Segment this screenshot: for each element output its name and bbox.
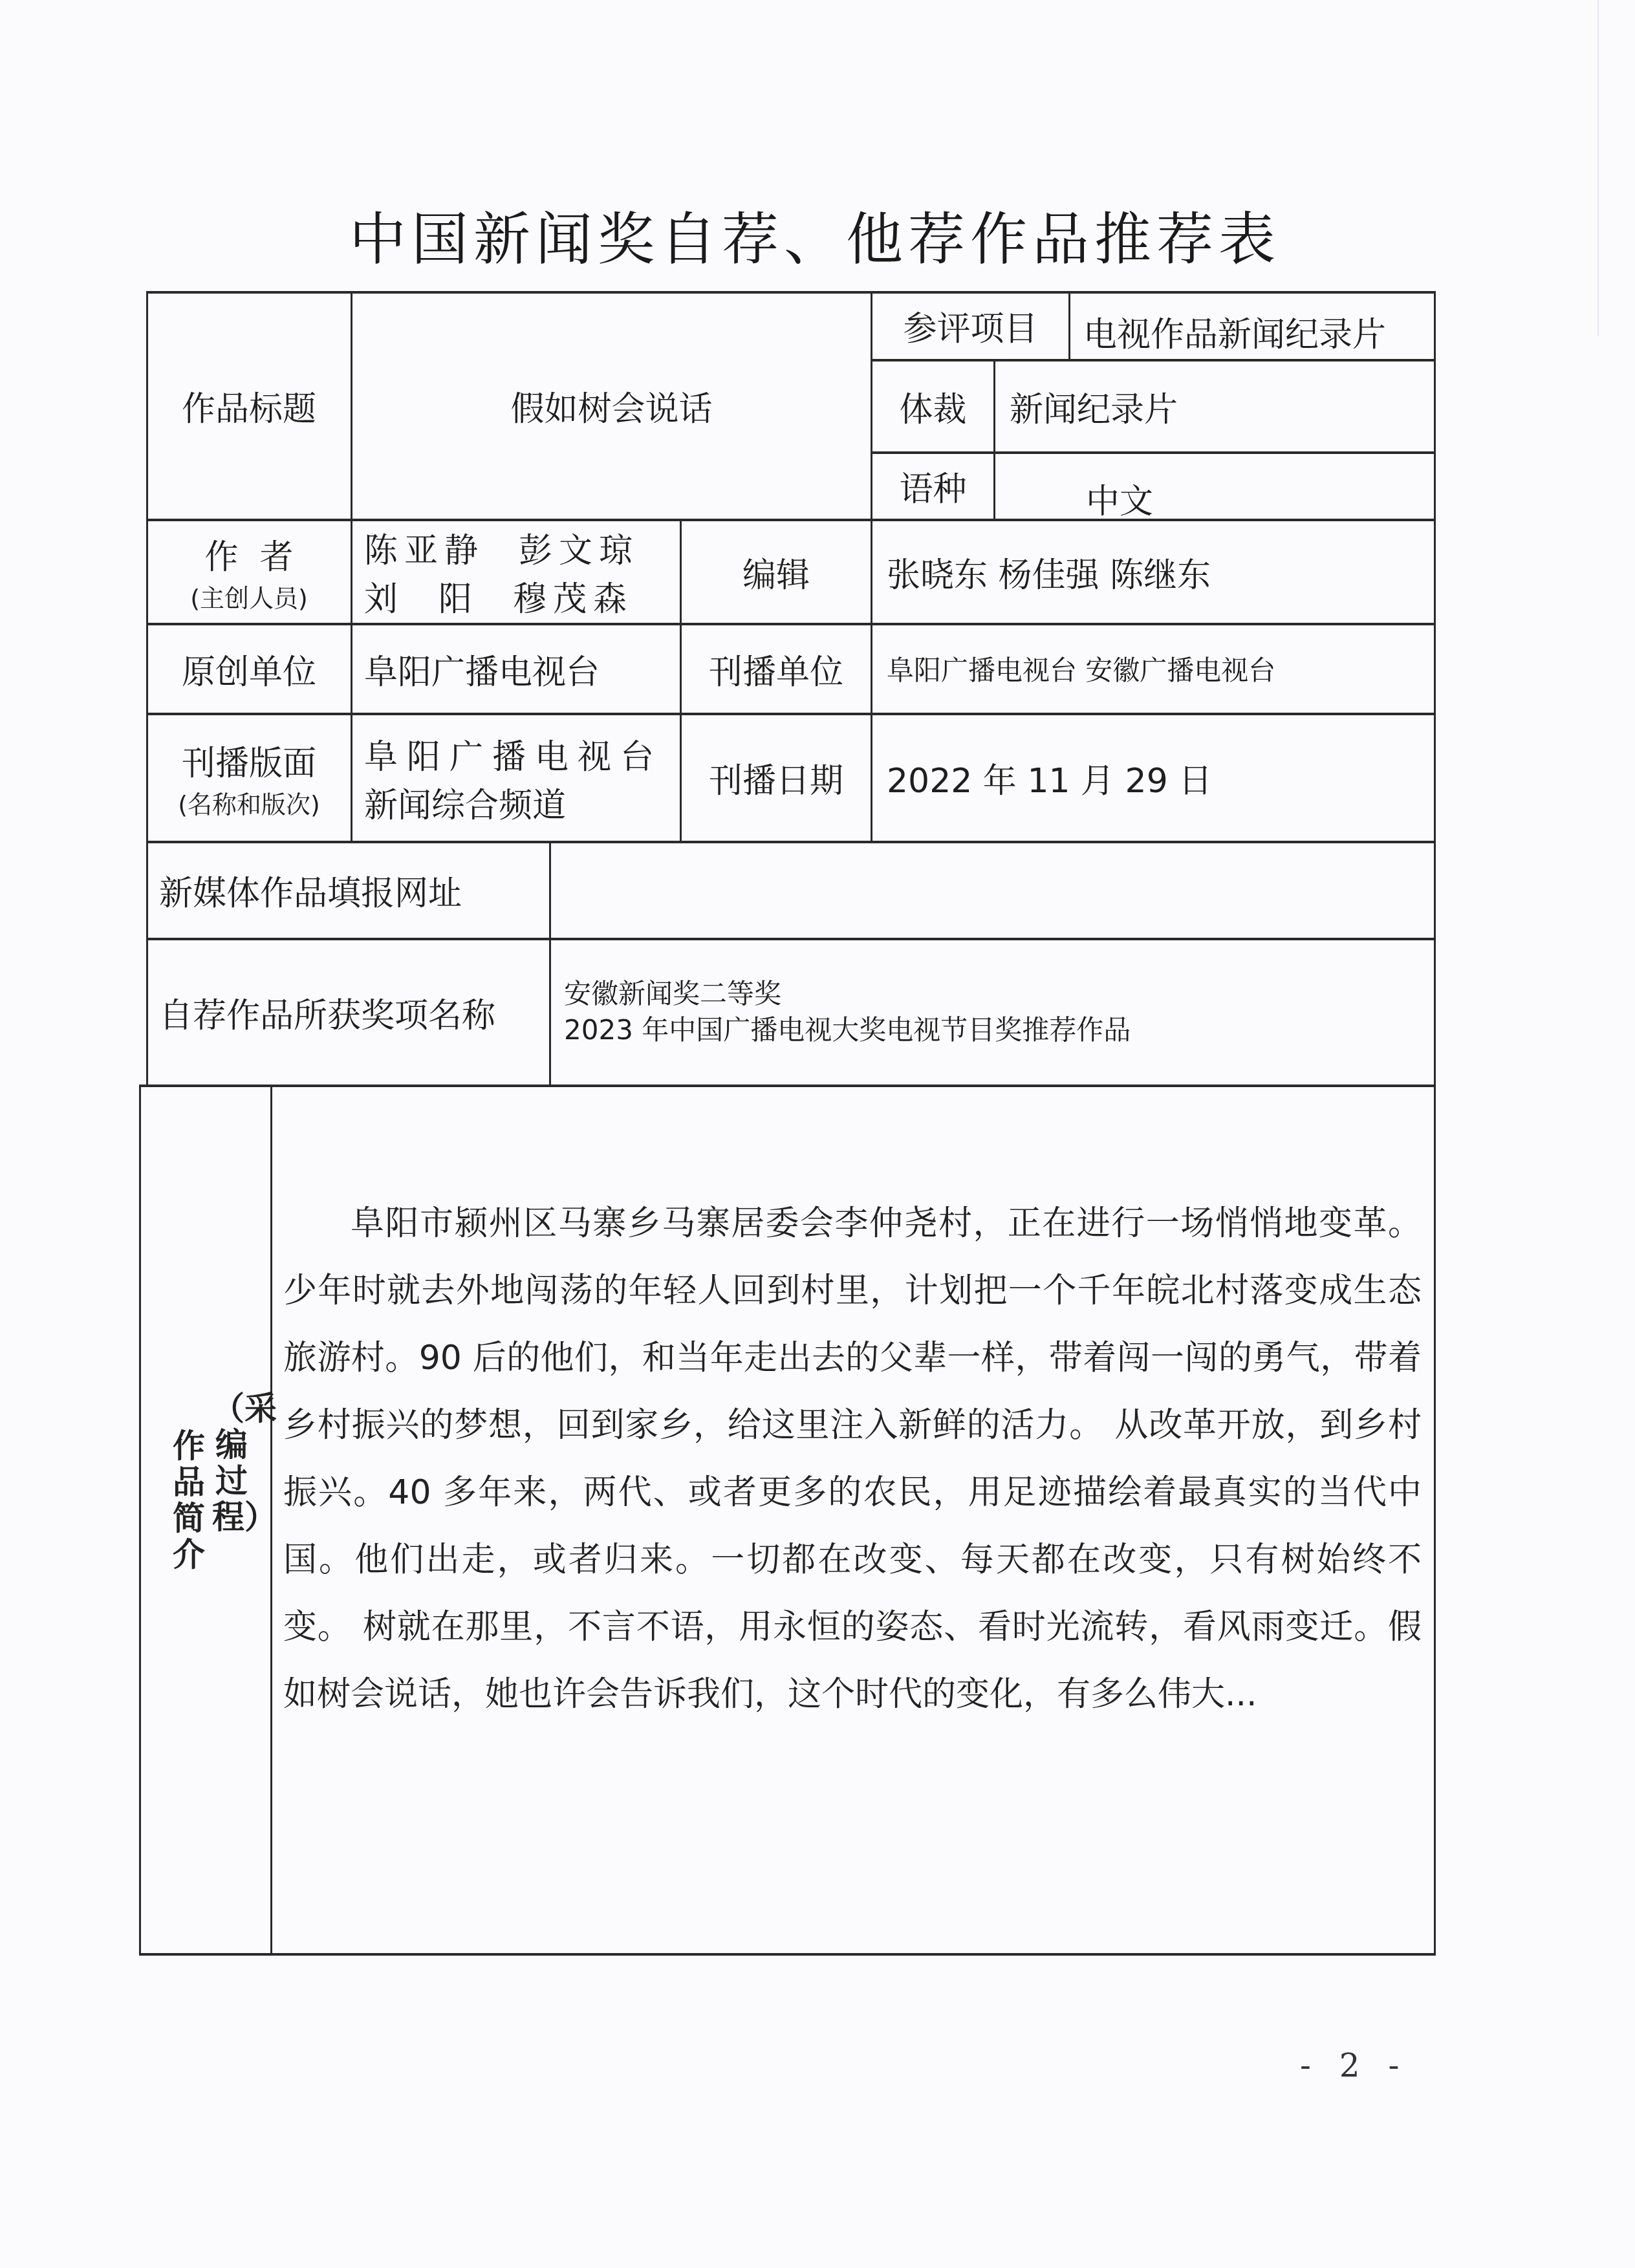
label-text: 原创单位 [182, 645, 316, 693]
section-line: 新闻综合频道 [364, 778, 566, 826]
broadcast-date-value: 2022 年 11 月 29 日 [872, 715, 1434, 841]
value-text: 新闻纪录片 [1010, 382, 1178, 431]
table-border-bottom [139, 1953, 1436, 1956]
evaluation-item-value: 电视作品新闻纪录片 [1070, 304, 1434, 359]
awards-label: 自荐作品所获奖项名称 [147, 940, 549, 1085]
value-text: 假如树会说话 [510, 382, 712, 430]
author-line: 陈亚静 彭文琼 [364, 523, 639, 572]
label-text: 刊播单位 [709, 645, 843, 693]
summary-text: 阜阳市颍州区马寨乡马寨居委会李仲尧村，正在进行一场悄悄地变革。少年时就去外地闯荡… [283, 1190, 1422, 1728]
label-text: 自荐作品所获奖项名称 [159, 988, 495, 1037]
award-item: 2023 年中国广播电视大奖电视节目奖推荐作品 [564, 1012, 1131, 1048]
value-text: 张晓东 杨佳强 陈继东 [887, 548, 1211, 596]
document-title: 中国新闻奖自荐、他荐作品推荐表 [349, 194, 1242, 275]
summary-label-col2: （采编过程） [212, 1390, 251, 1573]
authors-value: 陈亚静 彭文琼 刘 阳 穆茂森 [352, 521, 680, 623]
genre-value: 新闻纪录片 [995, 361, 1434, 451]
label-text: 新媒体作品填报网址 [159, 866, 462, 914]
summary-label-col1: 作品简介 [169, 1390, 208, 1573]
value-text: 2022 年 11 月 29 日 [887, 753, 1212, 802]
original-unit-label: 原创单位 [147, 625, 351, 713]
genre-label: 体裁 [872, 361, 993, 451]
broadcast-unit-value: 阜阳广播电视台 安徽广播电视台 [872, 625, 1434, 713]
value-text: 阜阳广播电视台 [364, 645, 600, 693]
table-border-right [1434, 291, 1436, 1954]
label-text: 刊播日期 [709, 753, 843, 802]
divider [139, 1085, 1436, 1087]
broadcast-date-label: 刊播日期 [682, 715, 871, 841]
award-item: 安徽新闻奖二等奖 [564, 976, 781, 1012]
work-title-label: 作品标题 [147, 292, 351, 519]
label-text: 作 者 [204, 530, 293, 578]
label-text: 参评项目 [903, 301, 1037, 350]
table-border-left-lower [139, 1085, 141, 1954]
sublabel-text: (主创人员) [190, 578, 308, 614]
label-text: 编辑 [742, 548, 810, 596]
original-unit-value: 阜阳广播电视台 [352, 625, 680, 713]
authors-label: 作 者 (主创人员) [147, 521, 351, 623]
editors-label: 编辑 [682, 521, 871, 623]
sublabel-text: (名称和版次) [178, 784, 320, 820]
page-number: - 2 - [1300, 2047, 1408, 2084]
broadcast-unit-label: 刊播单位 [682, 625, 871, 713]
scan-page-edge [1597, 0, 1599, 336]
value-text: 阜阳广播电视台 安徽广播电视台 [887, 649, 1275, 688]
section-line: 阜阳广播电视台 [364, 729, 663, 778]
value-text: 中文 [1086, 474, 1153, 523]
value-text: 电视作品新闻纪录片 [1083, 307, 1386, 356]
broadcast-section-label: 刊播版面 (名称和版次) [147, 715, 351, 841]
new-media-url-value [551, 843, 1434, 938]
label-text: 语种 [899, 462, 966, 510]
language-label: 语种 [872, 453, 993, 519]
summary-label: 作品简介 （采编过程） [169, 1390, 254, 1573]
new-media-url-label: 新媒体作品填报网址 [147, 843, 549, 938]
work-title-value: 假如树会说话 [352, 292, 871, 519]
evaluation-item-label: 参评项目 [872, 292, 1068, 359]
label-text: 刊播版面 [182, 736, 316, 784]
broadcast-section-value: 阜阳广播电视台 新闻综合频道 [352, 715, 680, 841]
label-text: 体裁 [899, 382, 966, 431]
author-line: 刘 阳 穆茂森 [364, 572, 633, 620]
label-text: 作品标题 [182, 382, 316, 430]
editors-value: 张晓东 杨佳强 陈继东 [872, 521, 1434, 623]
awards-list: 安徽新闻奖二等奖 2023 年中国广播电视大奖电视节目奖推荐作品 [551, 940, 1434, 1085]
